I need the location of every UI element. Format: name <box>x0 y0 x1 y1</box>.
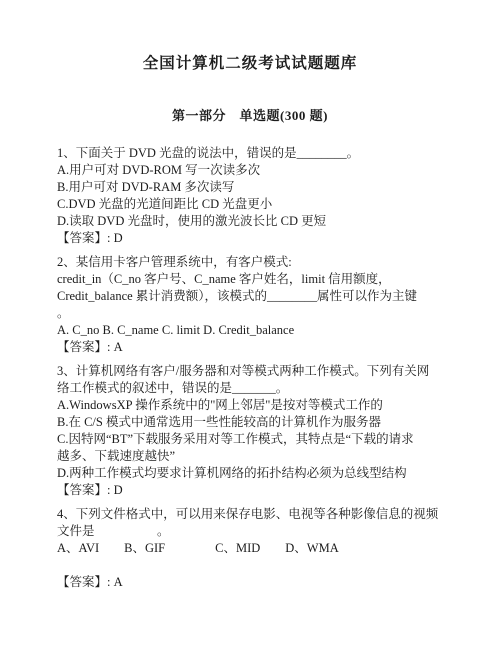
question-text-line: 1、下面关于 DVD 光盘的说法中，错误的是________。 <box>57 145 464 162</box>
answer-line: 【答案】: D <box>57 230 464 247</box>
question-text-line: D.读取 DVD 光盘时，使用的激光波长比 CD 更短 <box>57 213 464 230</box>
question-text-line: B.用户可对 DVD-RAM 多次读写 <box>57 179 464 196</box>
question-text-line: 4、下列文件格式中，可以用来保存电影、电视等各种影像信息的视频 <box>57 506 464 523</box>
answer-line: 【答案】: A <box>57 574 464 591</box>
question-text-line: 3、计算机网络有客户/服务器和对等模式两种工作模式。下列有关网 <box>57 363 464 380</box>
question-text-line: A. C_no B. C_name C. limit D. Credit_bal… <box>57 322 464 339</box>
question-text-line: 。 <box>57 305 464 322</box>
question-text-line: A.WindowsXP 操作系统中的"网上邻居"是按对等模式工作的 <box>57 397 464 414</box>
question-text-line: 络工作模式的叙述中，错误的是_______。 <box>57 380 464 397</box>
question-text-line: D.两种工作模式均要求计算机网络的拓扑结构必须为总线型结构 <box>57 465 464 482</box>
question-text-line: A.用户可对 DVD-ROM 写一次读多次 <box>57 162 464 179</box>
question-4: 4、下列文件格式中，可以用来保存电影、电视等各种影像信息的视频文件是 。A、AV… <box>57 506 464 591</box>
question-3: 3、计算机网络有客户/服务器和对等模式两种工作模式。下列有关网络工作模式的叙述中… <box>57 363 464 499</box>
answer-line: 【答案】: A <box>57 339 464 356</box>
question-text-line: B.在 C/S 模式中通常选用一些性能较高的计算机作为服务器 <box>57 414 464 431</box>
question-text-line: 越多、下载速度越快” <box>57 448 464 465</box>
document-page: 全国计算机二级考试试题题库 第一部分 单选题(300 题) 1、下面关于 DVD… <box>0 0 500 647</box>
section-heading: 第一部分 单选题(300 题) <box>0 107 500 124</box>
document-title: 全国计算机二级考试试题题库 <box>0 53 500 75</box>
question-1: 1、下面关于 DVD 光盘的说法中，错误的是________。A.用户可对 DV… <box>57 145 464 247</box>
question-text-line: C.DVD 光盘的光道间距比 CD 光盘更小 <box>57 196 464 213</box>
question-text-line: Credit_balance 累计消费额），该模式的________属性可以作为… <box>57 288 464 305</box>
question-text-line: credit_in（C_no 客户号、C_name 客户姓名，limit 信用额… <box>57 271 464 288</box>
answer-line: 【答案】: D <box>57 482 464 499</box>
blank-line <box>57 557 464 574</box>
question-2: 2、某信用卡客户管理系统中，有客户模式:credit_in（C_no 客户号、C… <box>57 254 464 356</box>
question-text-line: C.因特网“BT”下载服务采用对等工作模式，其特点是“下载的请求 <box>57 431 464 448</box>
question-text-line: 2、某信用卡客户管理系统中，有客户模式: <box>57 254 464 271</box>
question-text-line: A、AVI B、GIF C、MID D、WMA <box>57 540 464 557</box>
question-text-line: 文件是 。 <box>57 523 464 540</box>
question-list: 1、下面关于 DVD 光盘的说法中，错误的是________。A.用户可对 DV… <box>57 145 464 591</box>
